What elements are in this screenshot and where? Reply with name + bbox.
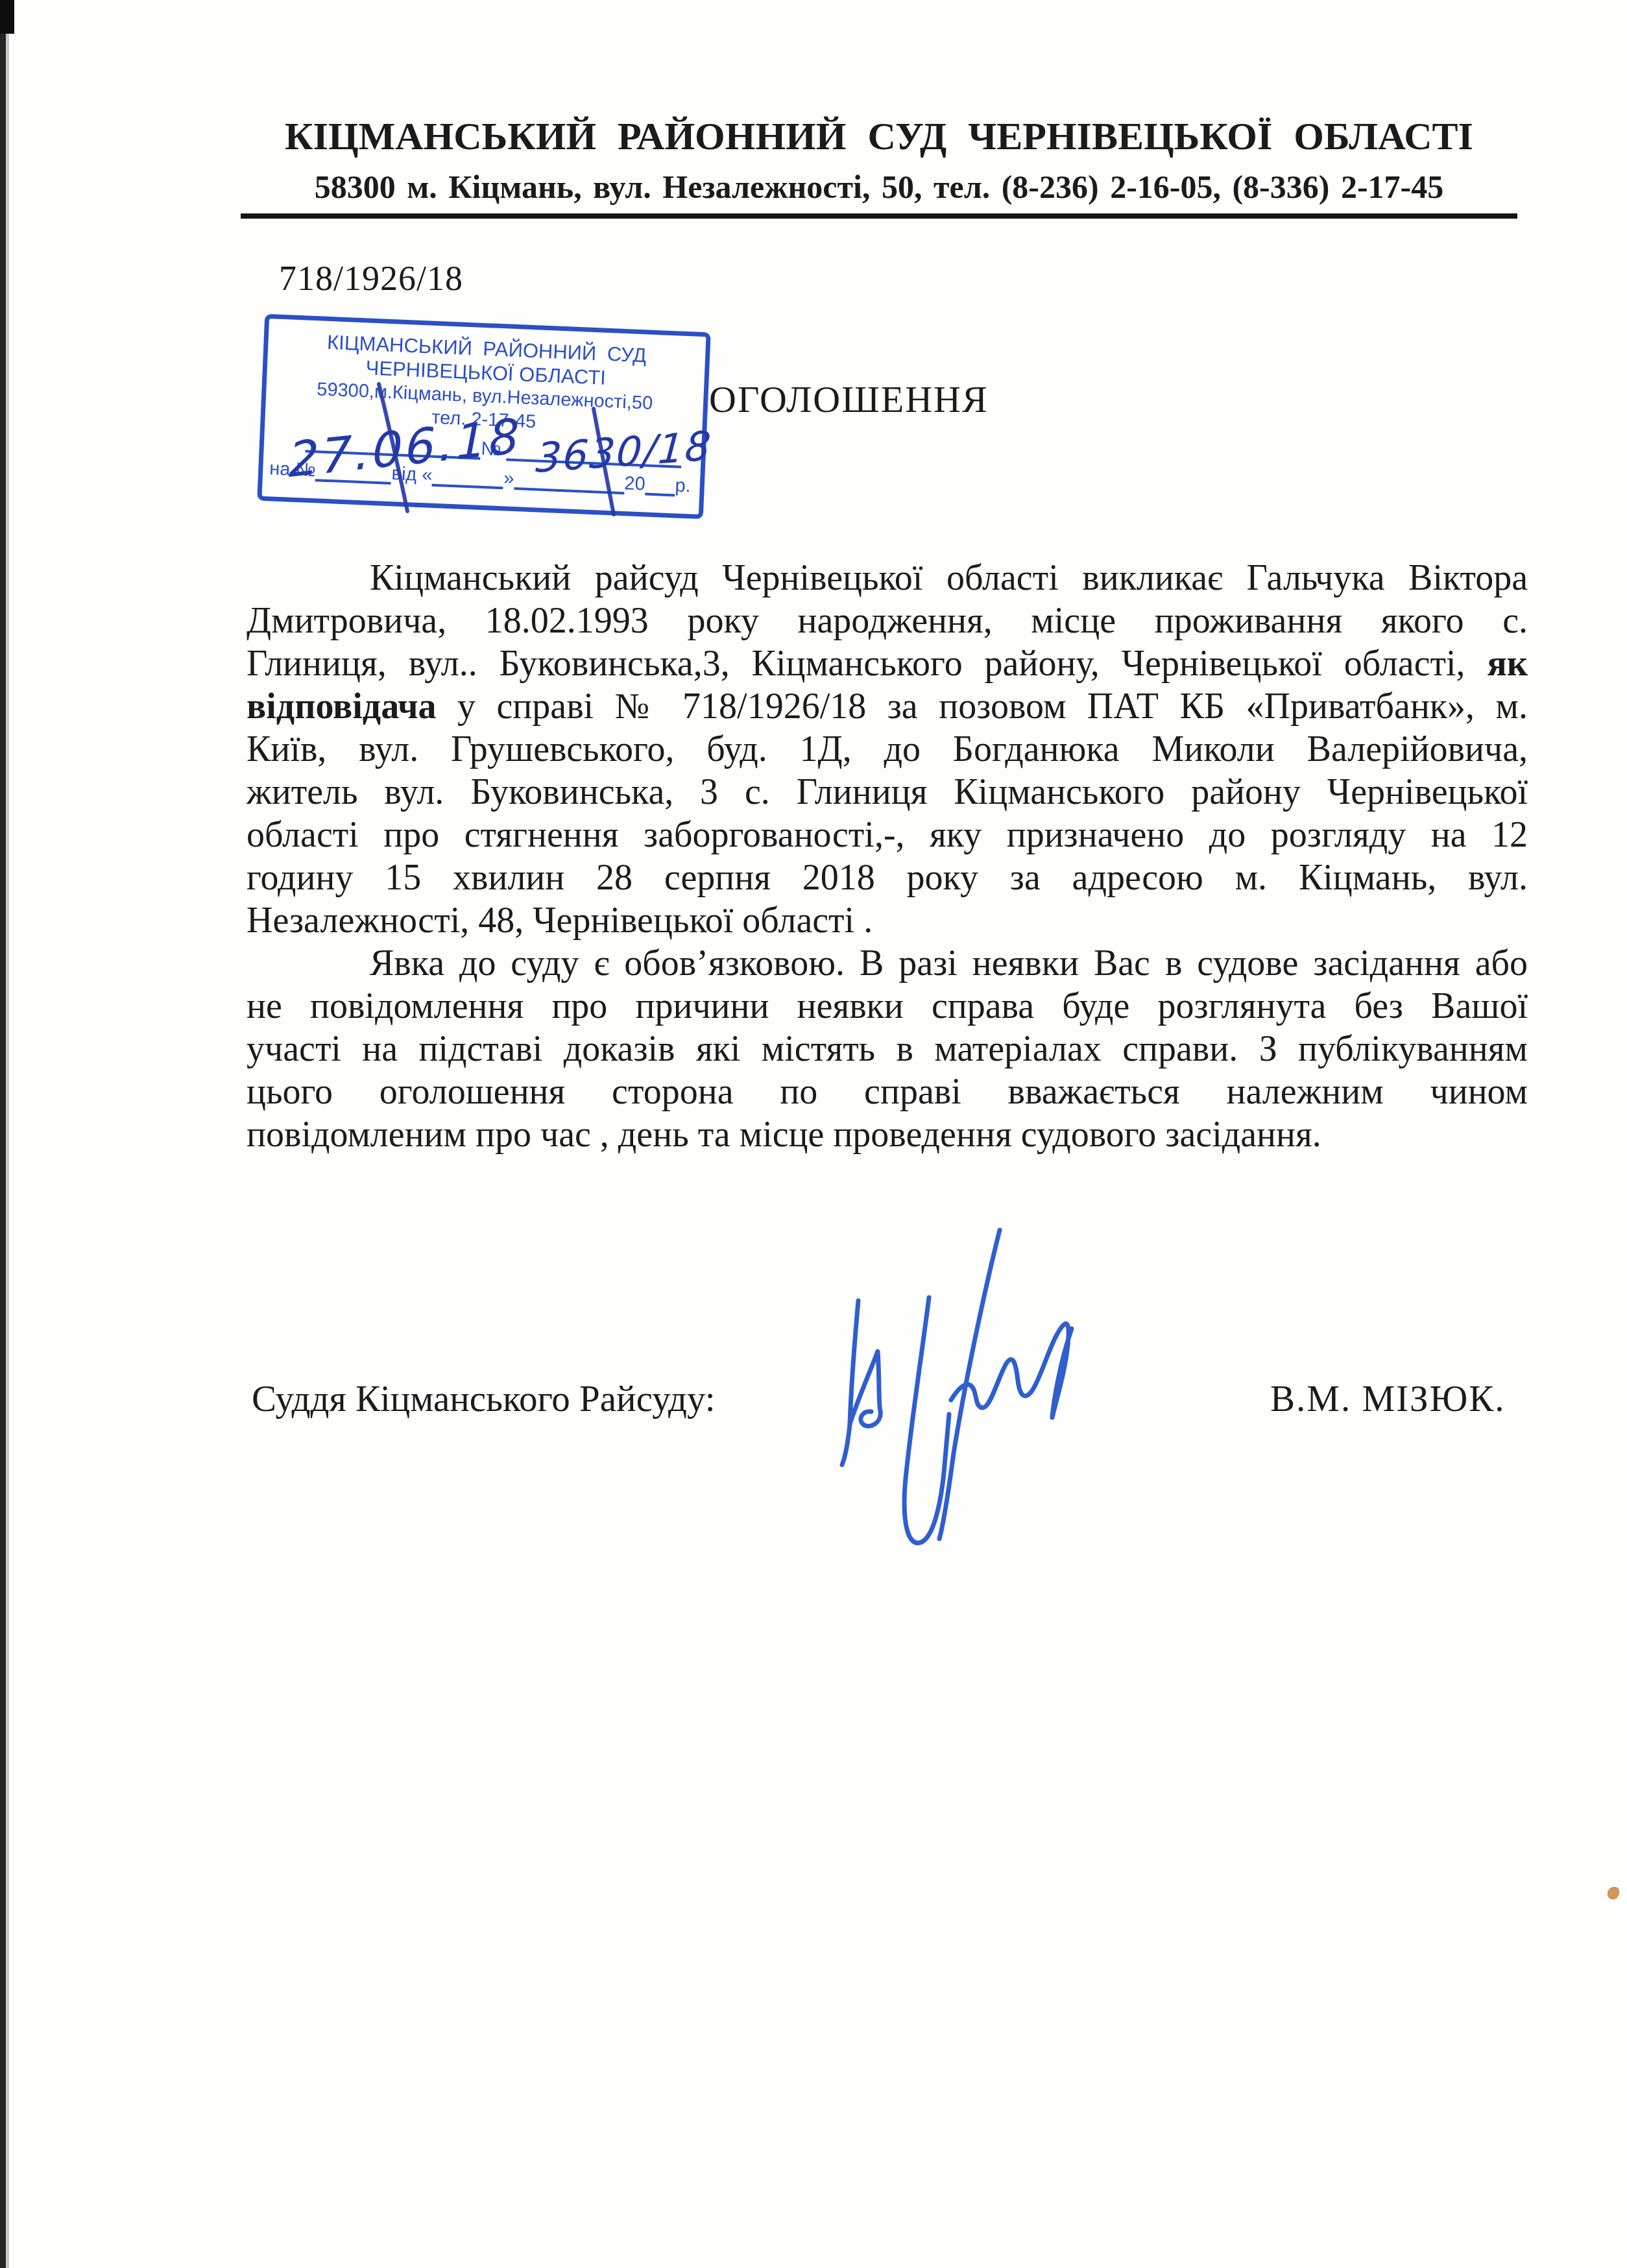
body-line: області про стягнення заборгованості,-, … bbox=[247, 814, 1528, 856]
body-line: не повідомлення про причини неявки справ… bbox=[247, 985, 1528, 1028]
orange-speck-artifact bbox=[1606, 1885, 1621, 1901]
stamp-blank-line bbox=[645, 472, 675, 497]
announcement-title: ОГОЛОШЕННЯ bbox=[709, 378, 989, 421]
body-line: Київ, вул. Грушевського, буд. 1Д, до Бог… bbox=[247, 728, 1528, 771]
body-line: житель вул. Буковинська, 3 с. Глиниця Кі… bbox=[247, 771, 1528, 814]
stamp-year-prefix: 20 bbox=[624, 473, 646, 495]
body-line: Кіцманський райсуд Чернівецької області … bbox=[247, 557, 1528, 599]
body-line: повідомленим про час , день та місце про… bbox=[247, 1113, 1528, 1156]
body-line: Явка до суду є обов’язковою. В разі неяв… bbox=[247, 942, 1528, 985]
court-address-phone: 58300 м. Кіцмань, вул. Незалежності, 50,… bbox=[241, 168, 1517, 206]
stamp-quote-close: » bbox=[503, 468, 515, 490]
body-line: Дмитровича, 18.02.1993 року народження, … bbox=[247, 599, 1528, 642]
body-line: цього оголошення сторона по справі вважа… bbox=[247, 1070, 1528, 1113]
scan-edge-artifact bbox=[0, 0, 6, 2268]
judge-signature-ink bbox=[837, 1220, 1096, 1557]
scan-edge-soft-artifact bbox=[6, 0, 9, 2268]
body-line: участі на підставі доказів які містять в… bbox=[247, 1028, 1528, 1070]
body-line: Глиниця, вул.. Буковинська,3, Кіцмансько… bbox=[247, 642, 1528, 685]
scanned-court-document: КІЦМАНСЬКИЙ РАЙОННИЙ СУД ЧЕРНІВЕЦЬКОЇ ОБ… bbox=[0, 0, 1627, 2268]
body-line: відповідача у справі № 718/1926/18 за по… bbox=[247, 685, 1528, 728]
body-text: Кіцманський райсуд Чернівецької області … bbox=[247, 557, 1528, 1156]
judge-name: В.М. МІЗЮК. bbox=[1270, 1378, 1506, 1420]
judge-title-label: Суддя Кіцманського Райсуду: bbox=[252, 1378, 716, 1420]
body-line: Незалежності, 48, Чернівецької області . bbox=[247, 899, 1528, 942]
letterhead-rule bbox=[241, 213, 1517, 219]
court-name: КІЦМАНСЬКИЙ РАЙОННИЙ СУД ЧЕРНІВЕЦЬКОЇ ОБ… bbox=[241, 114, 1517, 159]
scan-corner-artifact bbox=[0, 0, 14, 34]
body-line: годину 15 хвилин 28 серпня 2018 року за … bbox=[247, 856, 1528, 899]
letterhead: КІЦМАНСЬКИЙ РАЙОННИЙ СУД ЧЕРНІВЕЦЬКОЇ ОБ… bbox=[241, 114, 1517, 219]
case-number: 718/1926/18 bbox=[279, 258, 463, 298]
stamp-year-suffix: р. bbox=[675, 475, 692, 497]
